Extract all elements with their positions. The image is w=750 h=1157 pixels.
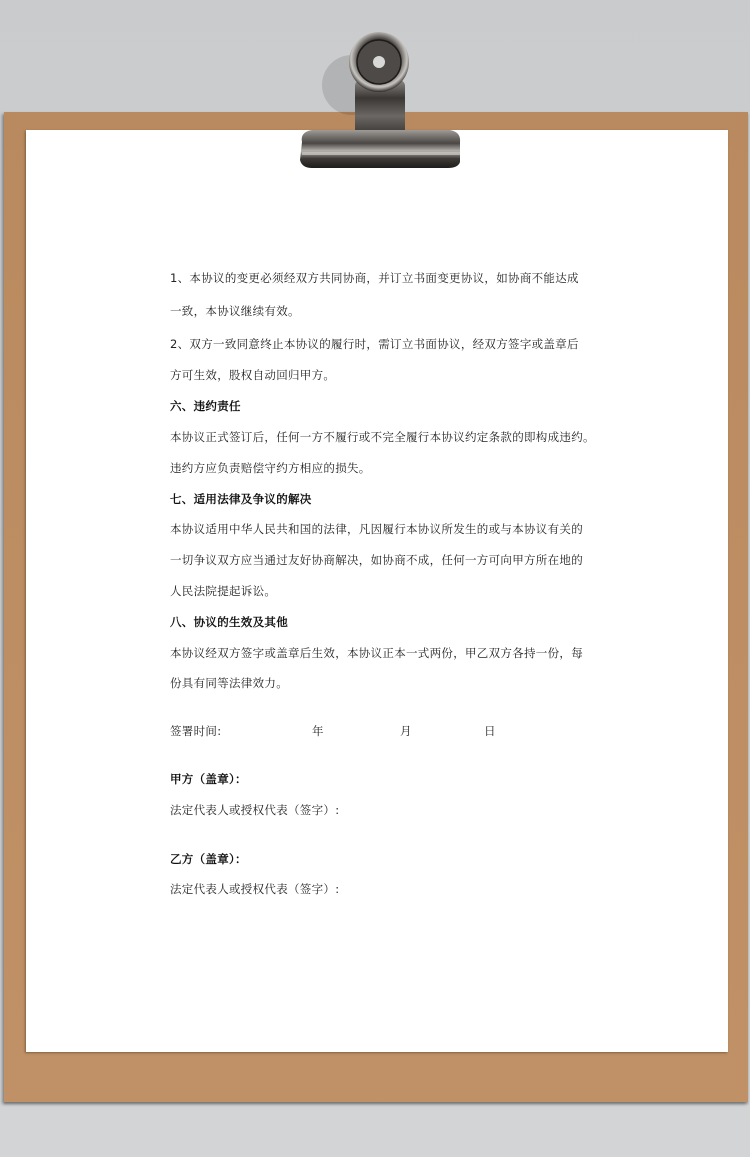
- party-a-representative: 法定代表人或授权代表（签字）:: [170, 802, 339, 818]
- party-b-title: 乙方（盖章）：: [170, 851, 247, 867]
- breach-line-1: 本协议正式签订后，任何一方不履行或不完全履行本协议约定条款的即构成违约。: [170, 429, 595, 445]
- effect-line-1: 本协议经双方签字或盖章后生效，本协议正本一式两份，甲乙双方各持一份，每: [170, 645, 583, 661]
- party-a-title: 甲方（盖章）：: [170, 771, 247, 787]
- effect-line-2: 份具有同等法律效力。: [170, 675, 288, 691]
- sign-date-day: 日: [484, 723, 496, 739]
- binder-clip-icon: [0, 0, 750, 180]
- sign-date-month: 月: [400, 723, 412, 739]
- section-heading-effect: 八、协议的生效及其他: [170, 614, 288, 630]
- breach-line-2: 违约方应负责赔偿守约方相应的损失。: [170, 460, 371, 476]
- paper-sheet: [26, 130, 728, 1052]
- clause-5-2-line-1: 2、双方一致同意终止本协议的履行时，需订立书面协议，经双方签字或盖章后: [170, 336, 579, 352]
- clause-5-1-line-1: 1、本协议的变更必须经双方共同协商，并订立书面变更协议，如协商不能达成: [170, 270, 579, 286]
- section-heading-law: 七、适用法律及争议的解决: [170, 491, 312, 507]
- sign-date-label: 签署时间:: [170, 723, 221, 739]
- law-line-3: 人民法院提起诉讼。: [170, 583, 276, 599]
- section-heading-breach: 六、违约责任: [170, 398, 241, 414]
- law-line-2: 一切争议双方应当通过友好协商解决，如协商不成，任何一方可向甲方所在地的: [170, 552, 583, 568]
- party-b-representative: 法定代表人或授权代表（签字）:: [170, 881, 339, 897]
- law-line-1: 本协议适用中华人民共和国的法律，凡因履行本协议所发生的或与本协议有关的: [170, 521, 583, 537]
- sign-date-year: 年: [312, 723, 324, 739]
- clause-5-2-line-2: 方可生效，股权自动回归甲方。: [170, 367, 335, 383]
- clause-5-1-line-2: 一致，本协议继续有效。: [170, 303, 300, 319]
